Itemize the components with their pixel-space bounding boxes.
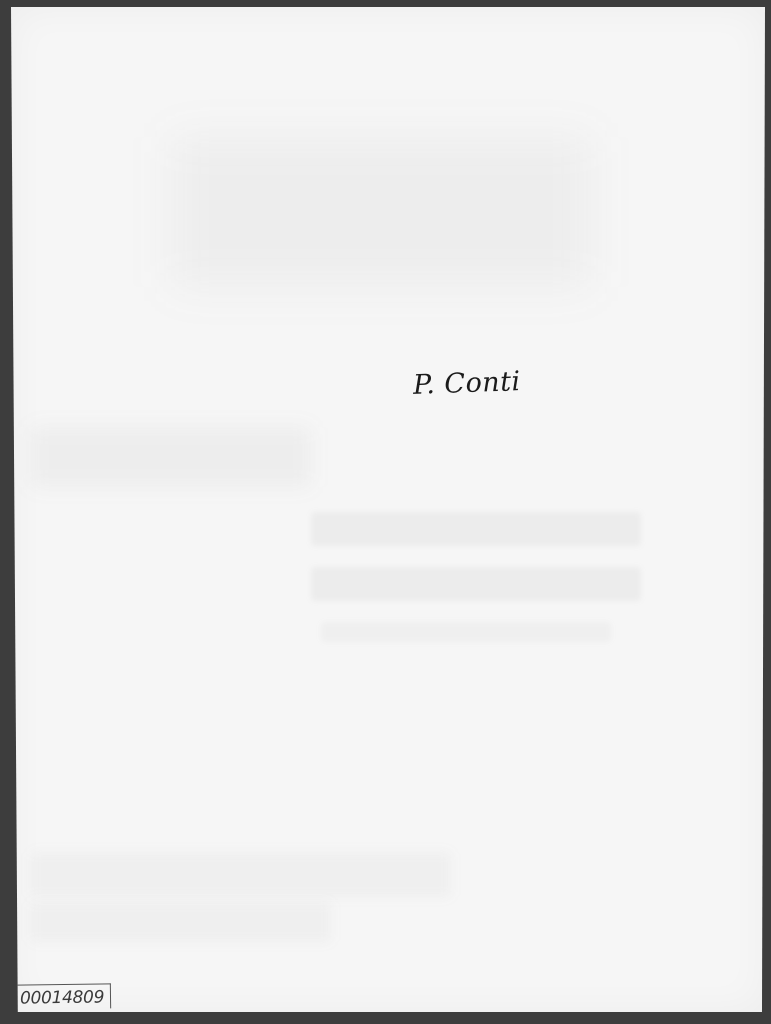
show-through-ghost <box>31 427 311 487</box>
show-through-ghost <box>321 622 611 642</box>
show-through-ghost <box>171 137 591 287</box>
archive-number: 00014809 <box>20 986 104 1009</box>
show-through-ghost <box>311 512 641 546</box>
show-through-ghost <box>31 902 331 942</box>
handwritten-inscription: P. Conti <box>412 366 521 401</box>
paper-sheet <box>11 7 765 1012</box>
show-through-ghost <box>311 567 641 601</box>
show-through-ghost <box>31 852 451 897</box>
archive-number-box: 00014809 <box>17 983 111 1009</box>
